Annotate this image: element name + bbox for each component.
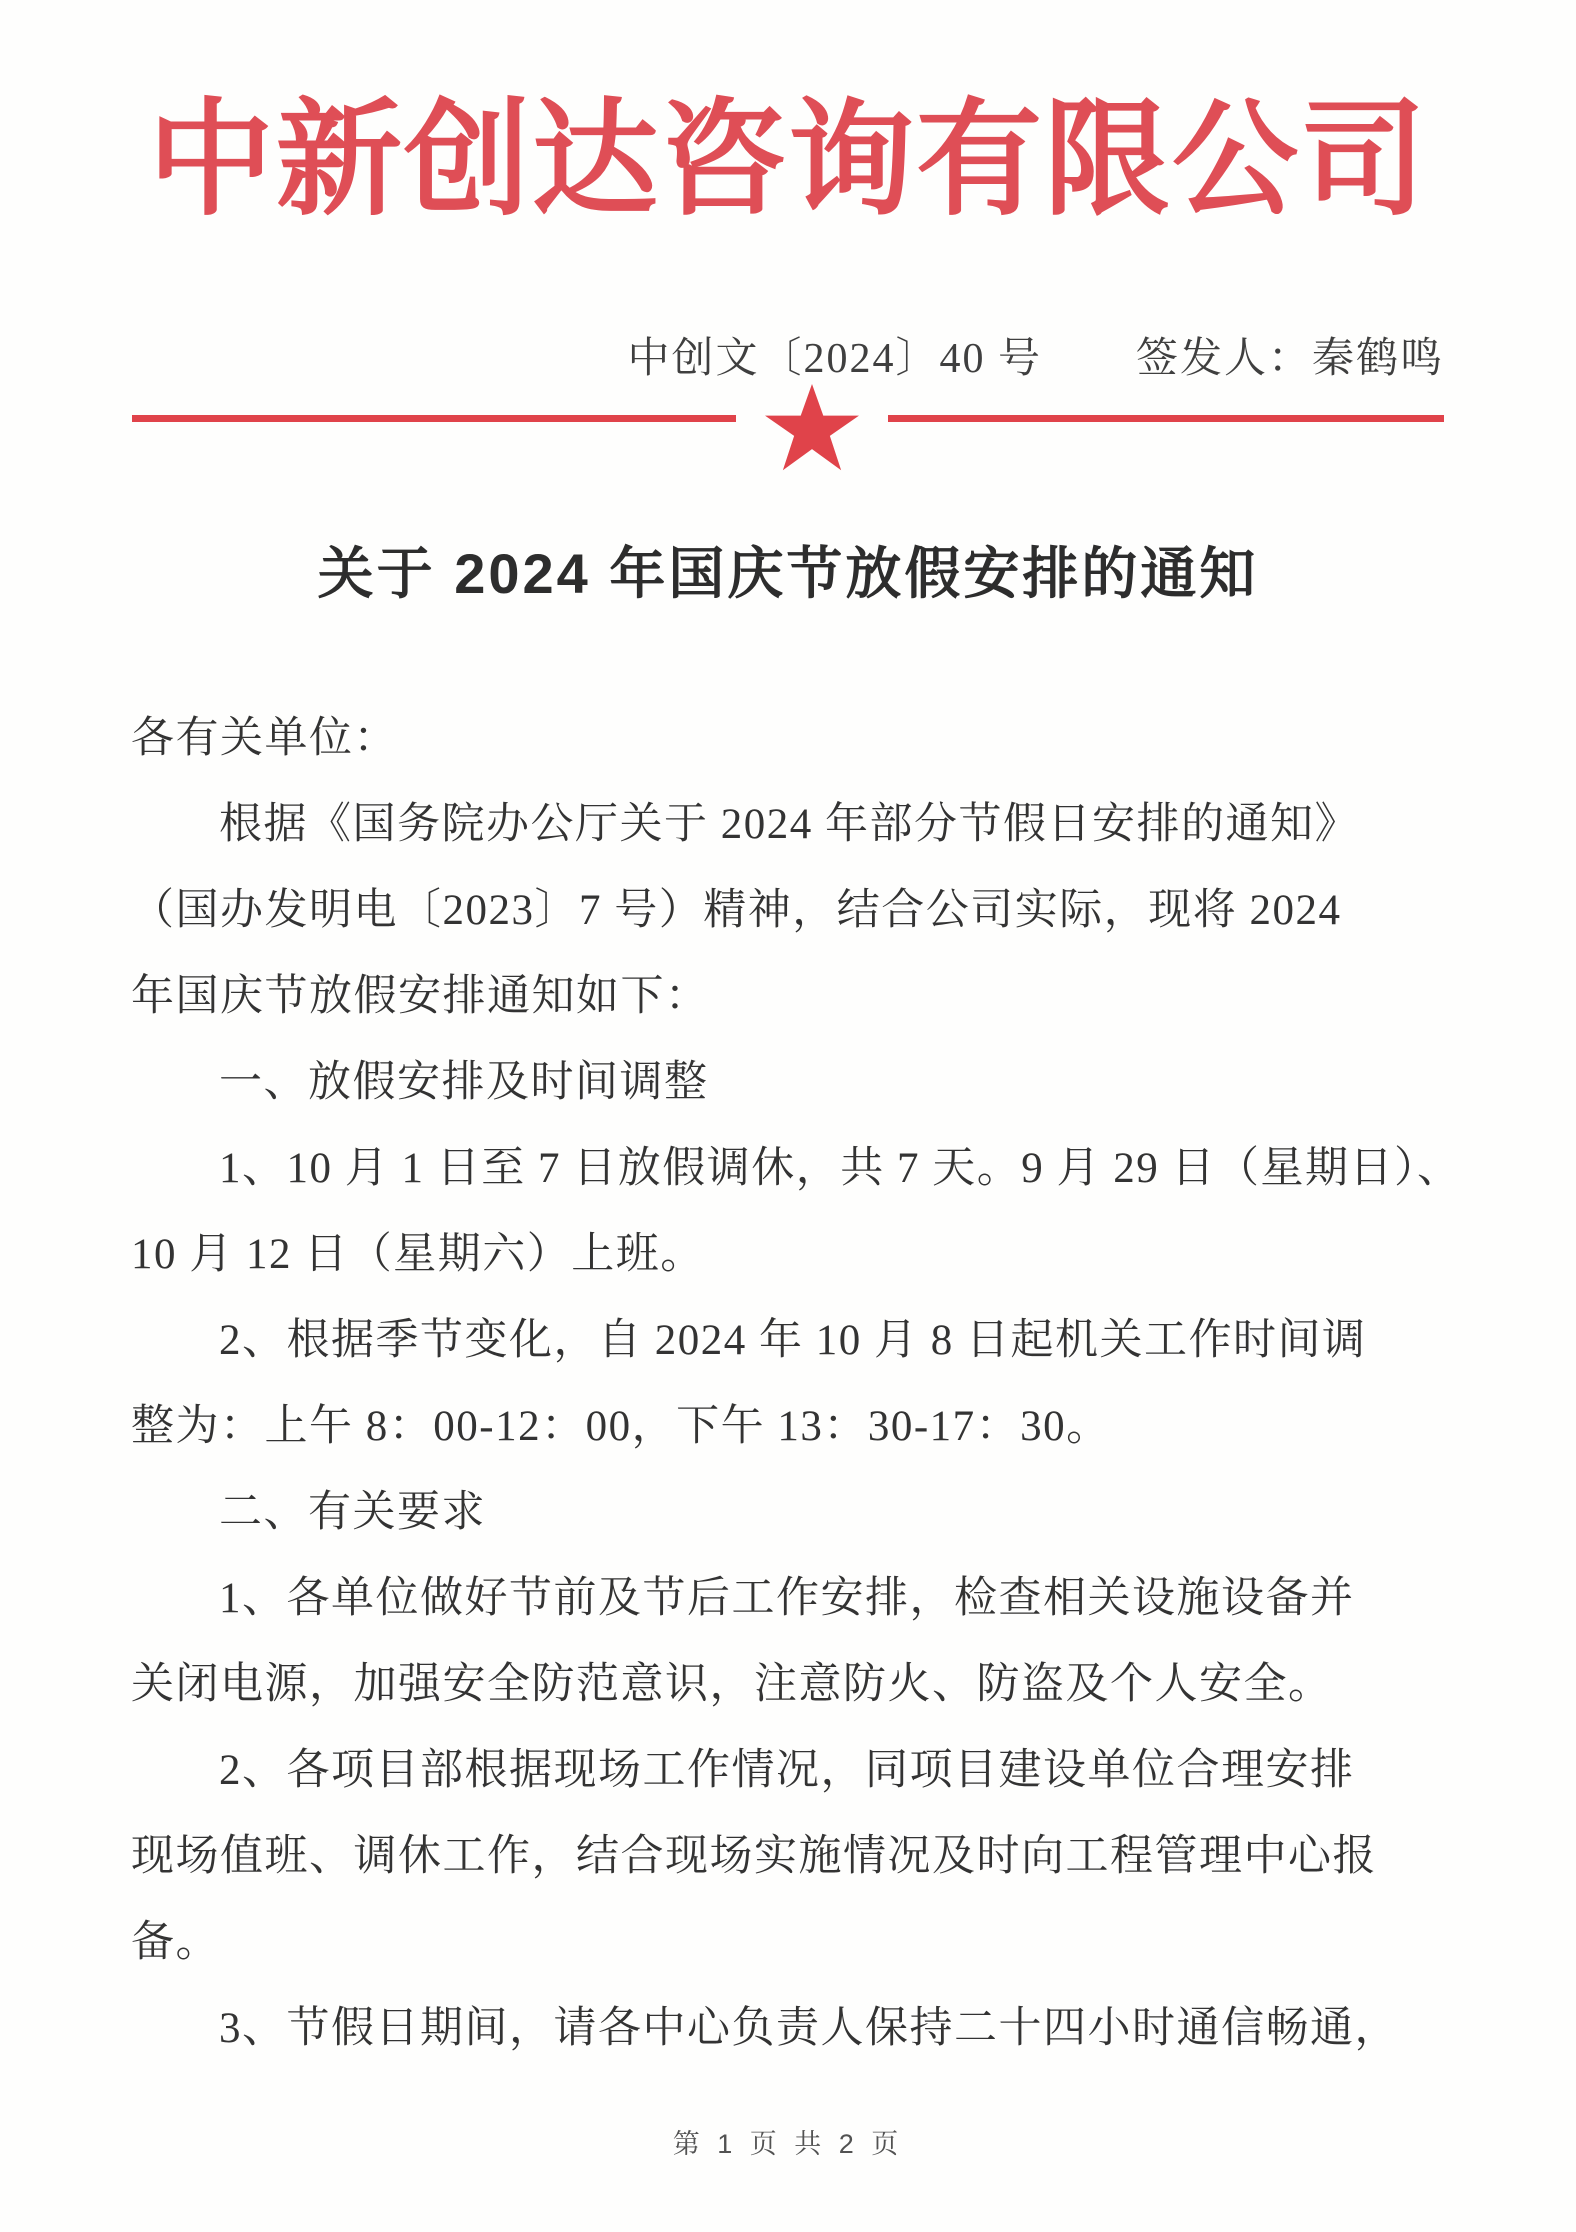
body-line: 根据《国务院办公厅关于 2024 年部分节假日安排的通知》 [131,782,1445,868]
body-line: 备。 [131,1900,1445,1986]
star-icon [765,384,859,472]
body-line: （国办发明电〔2023〕7 号）精神，结合公司实际，现将 2024 [131,868,1445,954]
page-title: 关于 2024 年国庆节放假安排的通知 [0,540,1576,608]
body-line: 2、各项目部根据现场工作情况，同项目建设单位合理安排 [131,1728,1445,1814]
body-line: 二、有关要求 [131,1470,1445,1556]
letterhead-company-name: 中新创达咨询有限公司 [0,0,1576,238]
body-line: 1、10 月 1 日至 7 日放假调休，共 7 天。9 月 29 日（星期日）、 [131,1126,1445,1212]
issuer-name: 签发人：秦鹤鸣 [1136,325,1444,385]
body-line: 现场值班、调休工作，结合现场实施情况及时向工程管理中心报 [131,1814,1445,1900]
doc-info-row: 中创文〔2024〕40 号 签发人：秦鹤鸣 [132,328,1444,382]
document-body: 各有关单位：根据《国务院办公厅关于 2024 年部分节假日安排的通知》（国办发明… [131,696,1445,2072]
body-line: 关闭电源，加强安全防范意识，注意防火、防盗及个人安全。 [131,1642,1445,1728]
body-line: 各有关单位： [131,696,1445,782]
red-divider [132,384,1444,476]
body-line: 2、根据季节变化，自 2024 年 10 月 8 日起机关工作时间调 [131,1298,1445,1384]
page-number: 第 1 页 共 2 页 [0,2122,1576,2161]
star-wrap [736,384,888,476]
body-line: 年国庆节放假安排通知如下： [131,954,1445,1040]
body-line: 一、放假安排及时间调整 [131,1040,1445,1126]
body-line: 10 月 12 日（星期六）上班。 [131,1212,1445,1298]
doc-number: 中创文〔2024〕40 号 [627,325,1042,385]
body-line: 3、节假日期间，请各中心负责人保持二十四小时通信畅通， [131,1986,1445,2072]
body-line: 整为：上午 8：00-12：00，下午 13：30-17：30。 [131,1384,1445,1470]
body-line: 1、各单位做好节前及节后工作安排，检查相关设施设备并 [131,1556,1445,1642]
document-page: 中新创达咨询有限公司 中创文〔2024〕40 号 签发人：秦鹤鸣 关于 2024… [0,0,1576,2232]
